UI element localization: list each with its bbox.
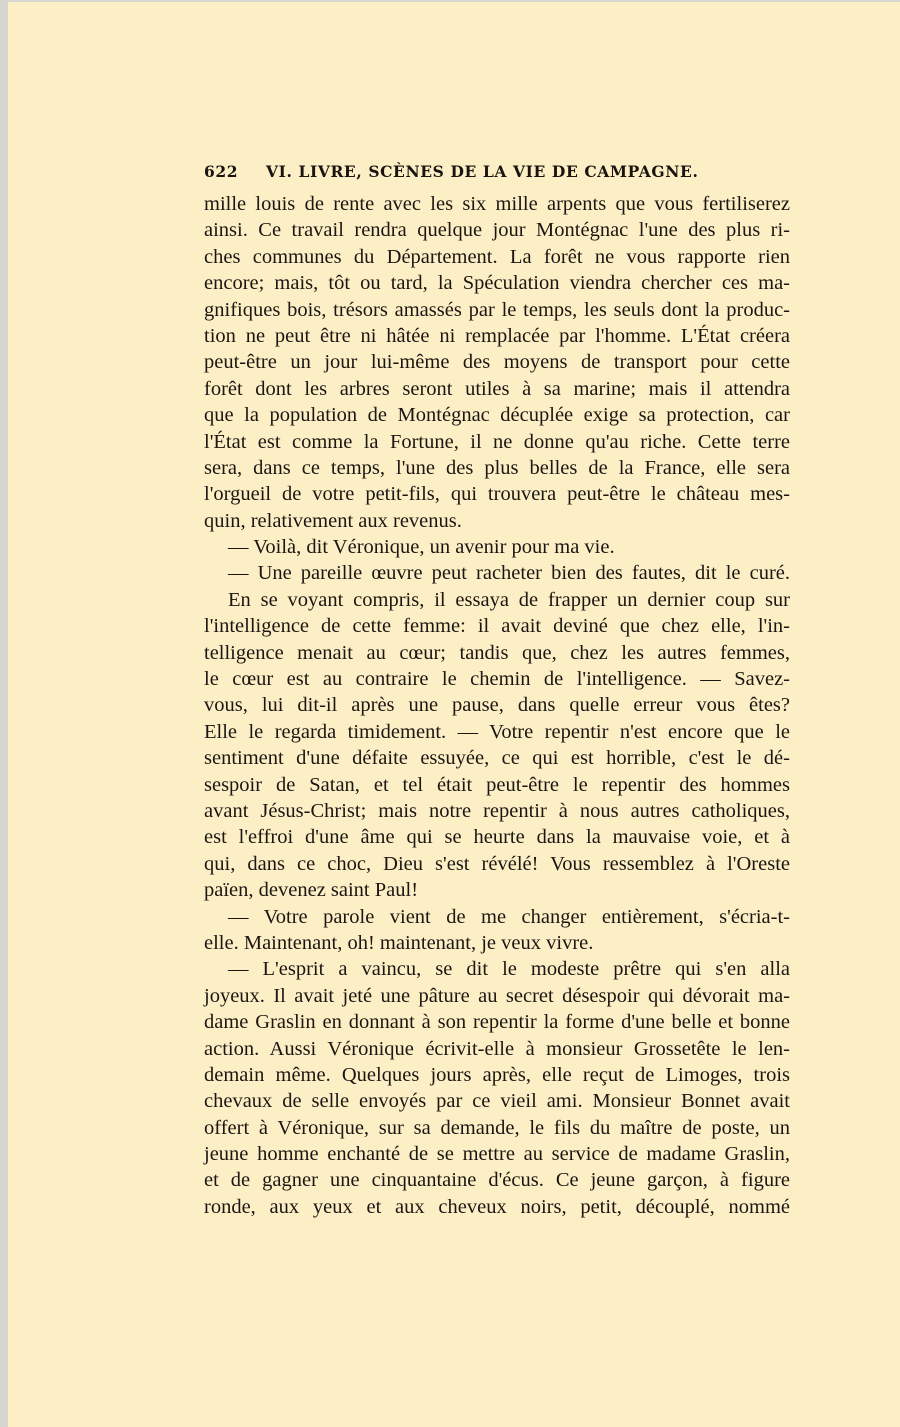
running-header: 622VI. LIVRE, SCÈNES DE LA VIE DE CAMPAG… bbox=[204, 162, 728, 181]
page-number: 622 bbox=[204, 162, 266, 181]
text-line: peut-être un jour lui-même des moyens de… bbox=[204, 349, 790, 375]
text-line: que la population de Montégnac décuplée … bbox=[204, 402, 790, 428]
text-line: offert à Véronique, sur sa demande, le f… bbox=[204, 1115, 790, 1141]
text-line: — Votre parole vient de me changer entiè… bbox=[204, 904, 790, 930]
text-line: — Une pareille œuvre peut racheter bien … bbox=[204, 560, 790, 586]
text-line: chevaux de selle envoyés par ce vieil am… bbox=[204, 1088, 790, 1114]
text-line: En se voyant compris, il essaya de frapp… bbox=[204, 587, 790, 613]
text-line: sespoir de Satan, et tel était peut-être… bbox=[204, 772, 790, 798]
text-line: sera, dans ce temps, l'une des plus bell… bbox=[204, 455, 790, 481]
text-line: forêt dont les arbres seront utiles à sa… bbox=[204, 376, 790, 402]
text-line: le cœur est au contraire le chemin de l'… bbox=[204, 666, 790, 692]
text-line: jeune homme enchanté de se mettre au ser… bbox=[204, 1141, 790, 1167]
text-line: dame Graslin en donnant à son repentir l… bbox=[204, 1009, 790, 1035]
running-title: VI. LIVRE, SCÈNES DE LA VIE DE CAMPAGNE. bbox=[266, 162, 698, 181]
text-line: — L'esprit a vaincu, se dit le modeste p… bbox=[204, 956, 790, 982]
text-line: ronde, aux yeux et aux cheveux noirs, pe… bbox=[204, 1194, 790, 1220]
text-line: l'intelligence de cette femme: il avait … bbox=[204, 613, 790, 639]
text-line: l'orgueil de votre petit-fils, qui trouv… bbox=[204, 481, 790, 507]
text-line: est l'effroi d'une âme qui se heurte dan… bbox=[204, 824, 790, 850]
text-line: encore; mais, tôt ou tard, la Spéculatio… bbox=[204, 270, 790, 296]
text-line: telligence menait au cœur; tandis que, c… bbox=[204, 640, 790, 666]
text-line: gnifiques bois, trésors amassés par le t… bbox=[204, 297, 790, 323]
text-line: l'État est comme la Fortune, il ne donne… bbox=[204, 429, 790, 455]
book-page: 622VI. LIVRE, SCÈNES DE LA VIE DE CAMPAG… bbox=[8, 2, 900, 1427]
text-line: ches communes du Département. La forêt n… bbox=[204, 244, 790, 270]
text-line: sentiment d'une défaite essuyée, ce qui … bbox=[204, 745, 790, 771]
text-line: qui, dans ce choc, Dieu s'est révélé! Vo… bbox=[204, 851, 790, 877]
body-text: mille louis de rente avec les six mille … bbox=[204, 191, 790, 1220]
text-line: avant Jésus-Christ; mais notre repentir … bbox=[204, 798, 790, 824]
text-line: quin, relativement aux revenus. bbox=[204, 508, 790, 534]
text-line: et de gagner une cinquantaine d'écus. Ce… bbox=[204, 1167, 790, 1193]
text-line: tion ne peut être ni hâtée ni remplacée … bbox=[204, 323, 790, 349]
text-line: ainsi. Ce travail rendra quelque jour Mo… bbox=[204, 217, 790, 243]
text-line: elle. Maintenant, oh! maintenant, je veu… bbox=[204, 930, 790, 956]
text-line: joyeux. Il avait jeté une pâture au secr… bbox=[204, 983, 790, 1009]
text-line: action. Aussi Véronique écrivit-elle à m… bbox=[204, 1036, 790, 1062]
text-line: païen, devenez saint Paul! bbox=[204, 877, 790, 903]
text-line: vous, lui dit-il après une pause, dans q… bbox=[204, 692, 790, 718]
text-line: — Voilà, dit Véronique, un avenir pour m… bbox=[204, 534, 790, 560]
text-line: Elle le regarda timidement. — Votre repe… bbox=[204, 719, 790, 745]
text-line: mille louis de rente avec les six mille … bbox=[204, 191, 790, 217]
text-line: demain même. Quelques jours après, elle … bbox=[204, 1062, 790, 1088]
